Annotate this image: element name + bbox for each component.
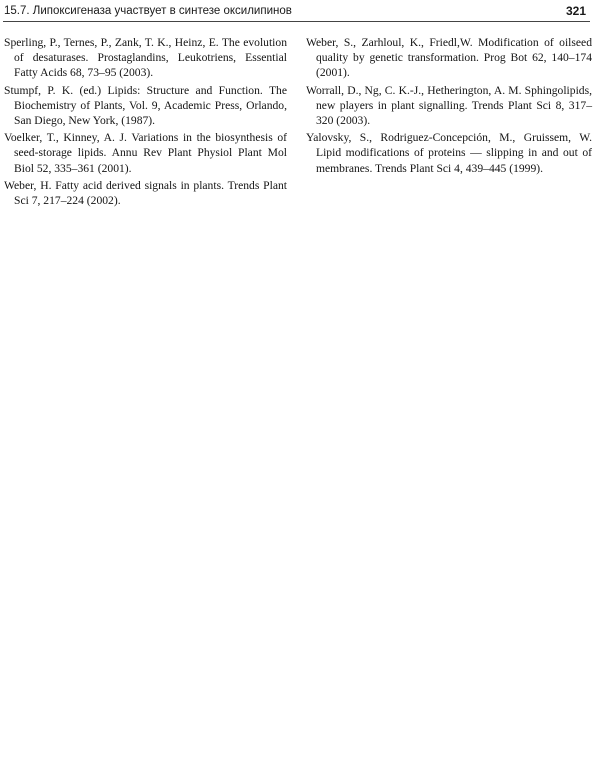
reference-entry: Weber, S., Zarhloul, K., Friedl,W. Modif… (306, 35, 592, 81)
references-left-column: Sperling, P., Ternes, P., Zank, T. K., H… (4, 35, 287, 210)
references-right-column: Weber, S., Zarhloul, K., Friedl,W. Modif… (306, 35, 592, 210)
running-head: 15.7. Липоксигеназа участвует в синтезе … (4, 2, 586, 19)
page-number: 321 (566, 4, 586, 18)
reference-entry: Worrall, D., Ng, C. K.-J., Hetherington,… (306, 83, 592, 129)
references-body: Sperling, P., Ternes, P., Zank, T. K., H… (4, 35, 592, 210)
header-rule (3, 21, 590, 22)
reference-entry: Sperling, P., Ternes, P., Zank, T. K., H… (4, 35, 287, 81)
reference-entry: Yalovsky, S., Rodriguez-Concepción, M., … (306, 130, 592, 176)
section-title: 15.7. Липоксигеназа участвует в синтезе … (4, 5, 292, 17)
reference-entry: Stumpf, P. K. (ed.) Lipids: Structure an… (4, 83, 287, 129)
reference-entry: Voelker, T., Kinney, A. J. Variations in… (4, 130, 287, 176)
reference-entry: Weber, H. Fatty acid derived signals in … (4, 178, 287, 208)
